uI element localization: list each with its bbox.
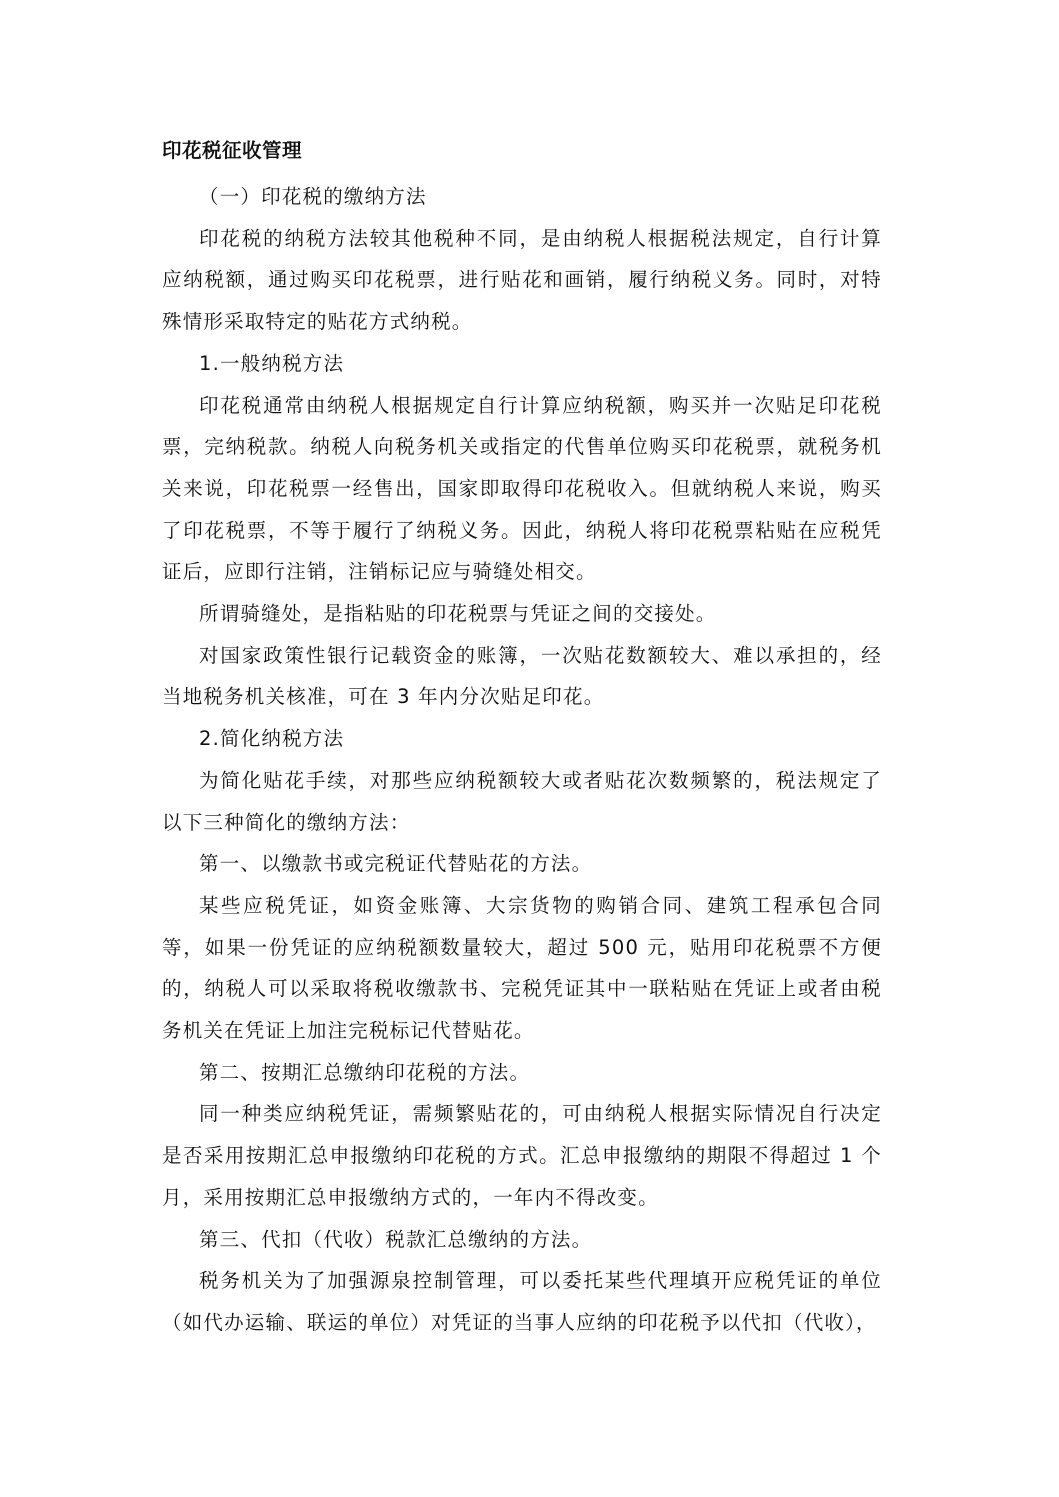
paragraph: 所谓骑缝处，是指粘贴的印花税票与凭证之间的交接处。 bbox=[162, 593, 882, 635]
method-heading: 第三、代扣（代收）税款汇总缴纳的方法。 bbox=[162, 1219, 882, 1261]
paragraph: 税务机关为了加强源泉控制管理，可以委托某些代理填开应税凭证的单位（如代办运输、联… bbox=[162, 1260, 882, 1343]
paragraph: 印花税的纳税方法较其他税种不同，是由纳税人根据税法规定，自行计算应纳税额，通过购… bbox=[162, 218, 882, 343]
paragraph: 印花税通常由纳税人根据规定自行计算应纳税额，购买并一次贴足印花税票，完纳税款。纳… bbox=[162, 385, 882, 594]
document-page: 印花税征收管理 （一）印花税的缴纳方法 印花税的纳税方法较其他税种不同，是由纳税… bbox=[162, 136, 882, 1344]
paragraph: 对国家政策性银行记载资金的账簿，一次贴花数额较大、难以承担的，经当地税务机关核准… bbox=[162, 635, 882, 718]
paragraph: 某些应税凭证，如资金账簿、大宗货物的购销合同、建筑工程承包合同等，如果一份凭证的… bbox=[162, 885, 882, 1052]
section-heading: （一）印花税的缴纳方法 bbox=[162, 176, 882, 218]
subsection-heading: 1.一般纳税方法 bbox=[162, 343, 882, 385]
paragraph: 同一种类应纳税凭证，需频繁贴花的，可由纳税人根据实际情况自行决定是否采用按期汇总… bbox=[162, 1093, 882, 1218]
paragraph: 为简化贴花手续，对那些应纳税额较大或者贴花次数频繁的，税法规定了以下三种简化的缴… bbox=[162, 760, 882, 843]
document-title: 印花税征收管理 bbox=[162, 136, 882, 166]
method-heading: 第二、按期汇总缴纳印花税的方法。 bbox=[162, 1052, 882, 1094]
method-heading: 第一、以缴款书或完税证代替贴花的方法。 bbox=[162, 843, 882, 885]
subsection-heading: 2.简化纳税方法 bbox=[162, 718, 882, 760]
